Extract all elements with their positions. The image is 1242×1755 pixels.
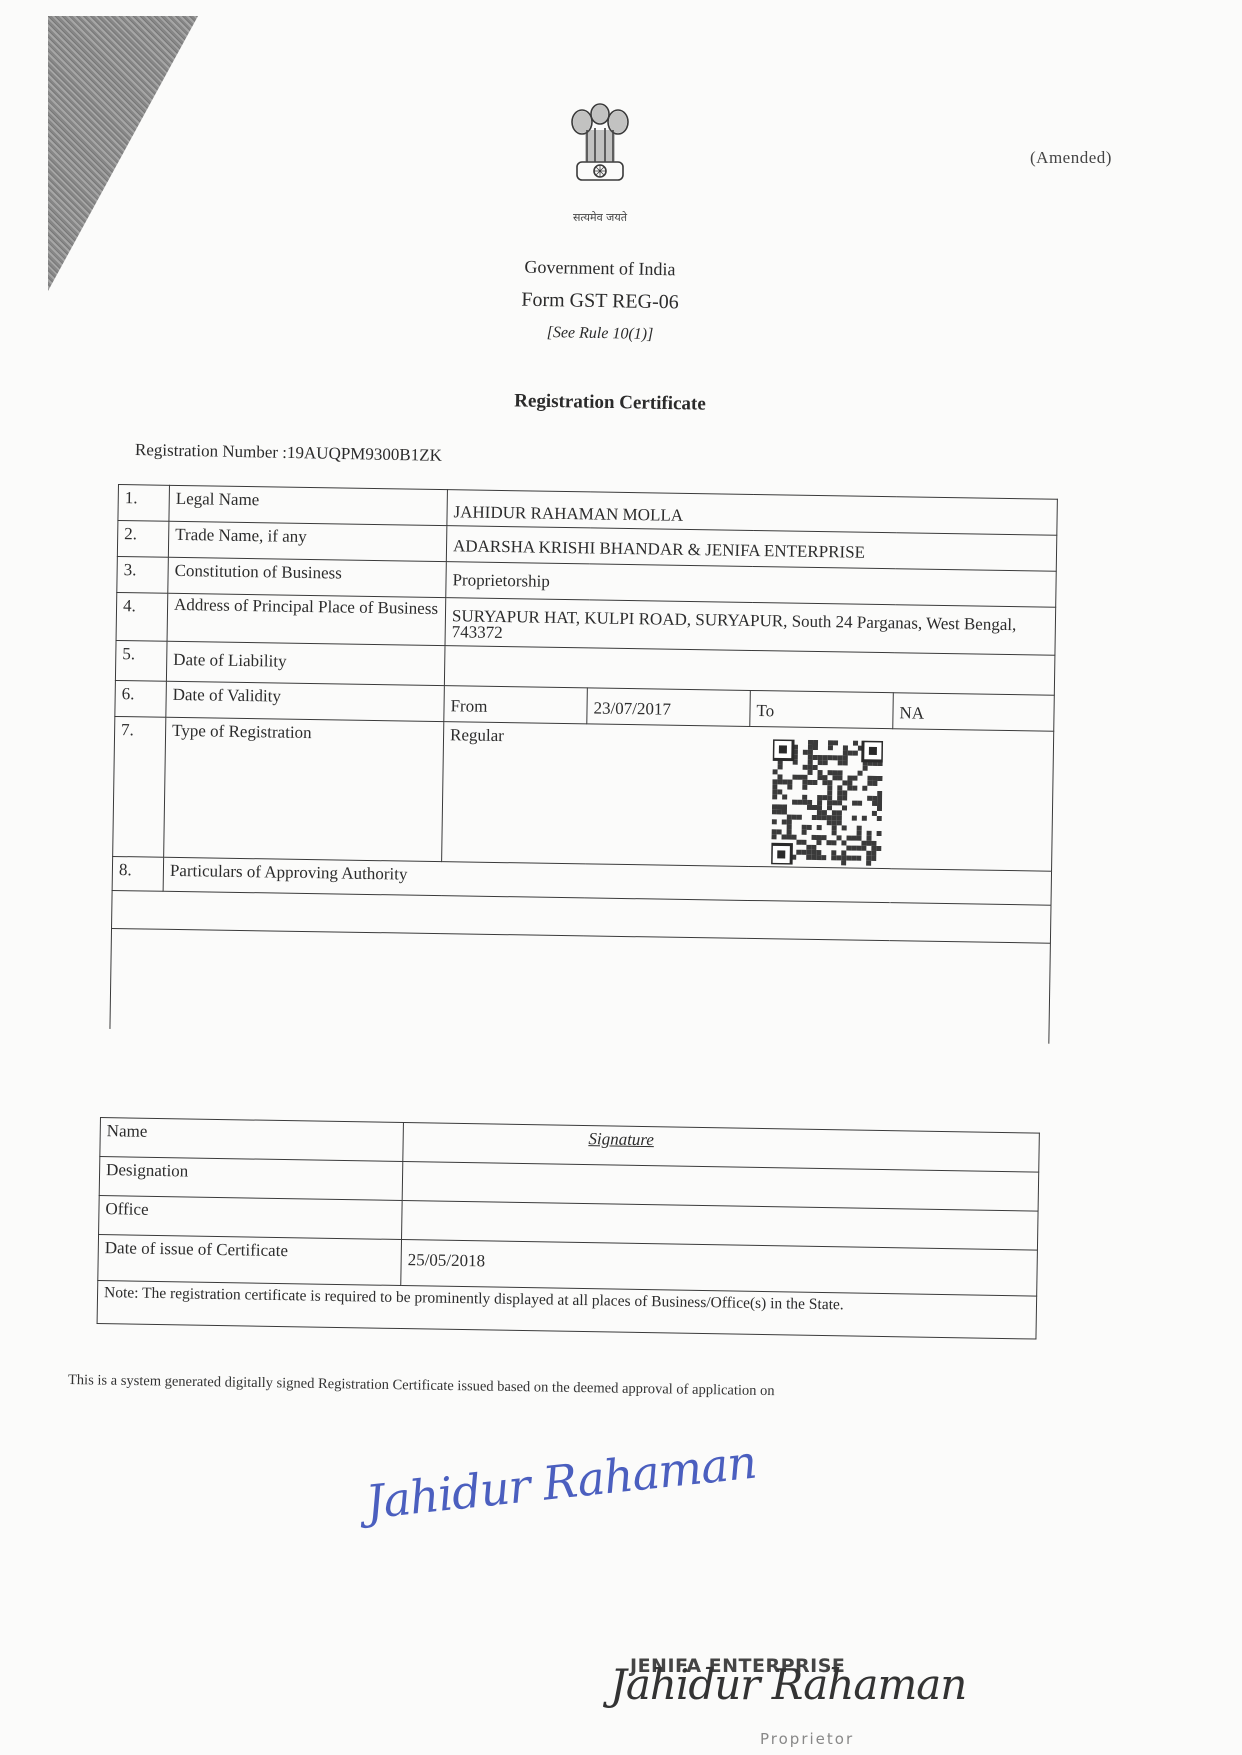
registration-number: Registration Number :19AUQPM9300B1ZK [135, 440, 442, 466]
row-number: 5. [115, 640, 167, 681]
row-number: 3. [117, 556, 169, 593]
row-label: Address of Principal Place of Business [167, 593, 446, 645]
row-label: Legal Name [169, 485, 448, 525]
amended-label: (Amended) [1030, 148, 1112, 168]
row-number: 2. [117, 521, 169, 558]
row-label: Trade Name, if any [168, 521, 447, 561]
stamp-role: Proprietor [760, 1730, 854, 1748]
row-label: Date of Liability [166, 641, 445, 685]
approving-authority-blank-row [110, 928, 1050, 1043]
row-label: Constitution of Business [168, 557, 447, 597]
certificate-title: Registration Certificate [440, 389, 780, 417]
validity-from-label: From [444, 686, 588, 724]
row-number: 7. [113, 716, 166, 857]
row-number: 4. [116, 592, 168, 641]
row-label: Type of Registration [164, 717, 444, 861]
ashoka-emblem-icon [565, 100, 635, 190]
handwritten-signature: Jahidur Rahaman [363, 1435, 758, 1530]
row-number: 6. [115, 680, 167, 717]
row-number: 8. [112, 856, 164, 891]
details-table: 1. Legal Name JAHIDUR RAHAMAN MOLLA 2. T… [109, 484, 1057, 1043]
row-label: Date of Validity [166, 681, 445, 721]
validity-to-value: NA [893, 693, 1055, 732]
stamp-signature: Jahidur Rahaman [610, 1660, 966, 1709]
registration-type-cell: Regular [442, 722, 1054, 872]
system-generated-note: This is a system generated digitally sig… [68, 1372, 775, 1400]
authority-table: Name Signature Designation Office Date o… [97, 1117, 1040, 1340]
row-number: 1. [118, 485, 170, 522]
designation-label: Designation [99, 1157, 403, 1201]
form-name: Form GST REG-06 [440, 287, 760, 316]
rule-reference: [See Rule 10(1)] [440, 322, 760, 346]
government-heading: Government of India [440, 255, 760, 282]
scan-shadow-corner [48, 16, 198, 291]
validity-from-value: 23/07/2017 [587, 688, 751, 727]
office-label: Office [99, 1195, 403, 1239]
state-emblem [565, 100, 635, 205]
emblem-motto: सत्यमेव जयते [548, 210, 652, 225]
issue-date-label: Date of issue of Certificate [98, 1234, 402, 1285]
validity-to-label: To [750, 690, 894, 728]
qr-code-icon [771, 739, 883, 866]
registration-type-value: Regular [450, 725, 504, 745]
table-row: 7. Type of Registration Regular [113, 716, 1054, 871]
